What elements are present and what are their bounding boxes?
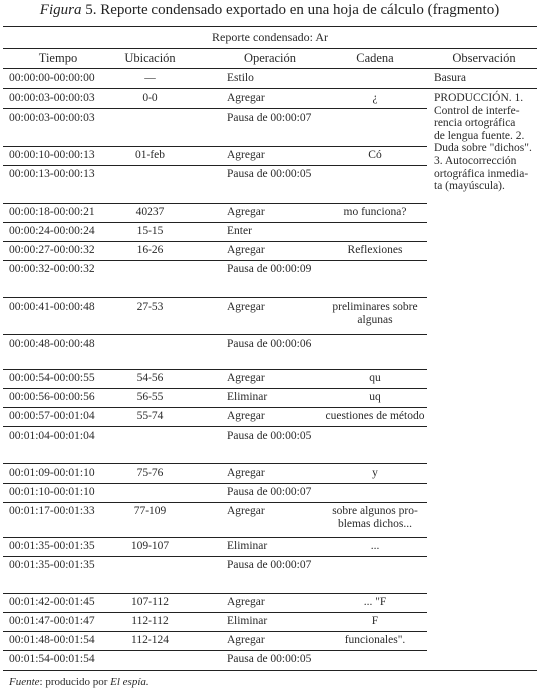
cell-ubicacion: 55-74 (120, 410, 180, 423)
cell-ubicacion: 107-112 (120, 596, 180, 609)
cell-tiempo: 00:01:54-00:01:54 (9, 653, 95, 666)
cell-ubicacion: 15-15 (120, 225, 180, 238)
cell-tiempo: 00:01:42-00:01:45 (9, 596, 95, 609)
cell-operacion: Agregar (227, 244, 265, 257)
cell-cadena: mo funciona? (320, 206, 430, 219)
row-rule (3, 88, 537, 89)
cell-tiempo: 00:00:00-00:00:00 (9, 72, 95, 85)
cell-tiempo: 00:00:24-00:00:24 (9, 225, 95, 238)
observacion-basura: Basura (434, 72, 538, 85)
cell-ubicacion: 112-112 (120, 615, 180, 628)
observacion-line: ortográfica inmedia- (434, 168, 538, 181)
observacion-line: de lengua fuente. 2. (434, 130, 538, 143)
footer-label: Fuente (9, 676, 40, 688)
row-rule (3, 483, 427, 484)
subtitle-rule (3, 48, 537, 49)
cell-ubicacion: 16-26 (120, 244, 180, 257)
cell-operacion: Eliminar (227, 615, 267, 628)
cell-tiempo: 00:01:04-00:01:04 (9, 430, 95, 443)
cell-tiempo: 00:00:10-00:00:13 (9, 149, 95, 162)
cell-tiempo: 00:00:41-00:00:48 (9, 301, 95, 314)
observacion-line: rencia ortográfica (434, 117, 538, 130)
cell-operacion: Agregar (227, 467, 265, 480)
cell-cadena: Reflexiones (320, 244, 430, 257)
cell-ubicacion: 77-109 (120, 505, 180, 518)
cell-cadena: uq (320, 391, 430, 404)
observacion-line: Duda sobre "dichos". (434, 142, 538, 155)
cell-operacion: Eliminar (227, 391, 267, 404)
cell-operacion: Eliminar (227, 540, 267, 553)
cell-ubicacion: 56-55 (120, 391, 180, 404)
cell-operacion: Agregar (227, 206, 265, 219)
row-rule (3, 222, 427, 223)
cell-operacion: Pausa de 00:00:07 (227, 486, 311, 499)
cell-operacion: Agregar (227, 301, 265, 314)
cell-operacion: Agregar (227, 410, 265, 423)
cell-cadena: qu (320, 372, 430, 385)
cell-cadena: cuestiones de método (320, 410, 430, 423)
cell-cadena: y (320, 467, 430, 480)
cell-operacion: Agregar (227, 372, 265, 385)
observacion-line: PRODUCCIÓN. 1. (434, 92, 538, 105)
top-rule (3, 26, 537, 27)
observacion-line: Control de interfe- (434, 105, 538, 118)
row-rule (3, 407, 427, 408)
cell-operacion: Estilo (227, 72, 254, 85)
cell-tiempo: 00:01:35-00:01:35 (9, 540, 95, 553)
cell-operacion: Pausa de 00:00:05 (227, 430, 311, 443)
cell-operacion: Pausa de 00:00:07 (227, 112, 311, 125)
cell-ubicacion: 01-feb (120, 149, 180, 162)
cell-ubicacion: 109-107 (120, 540, 180, 553)
cell-tiempo: 00:01:48-00:01:54 (9, 634, 95, 647)
table-subtitle: Reporte condensado: Ar (3, 30, 537, 45)
row-rule (3, 203, 427, 204)
cell-operacion: Enter (227, 225, 252, 238)
cell-tiempo: 00:00:56-00:00:56 (9, 391, 95, 404)
cell-cadena: F (320, 615, 430, 628)
cell-cadena: ¿ (320, 92, 430, 105)
cell-operacion: Agregar (227, 92, 265, 105)
cell-ubicacion: 40237 (120, 206, 180, 219)
cell-cadena: ... (320, 540, 430, 553)
row-rule (3, 426, 427, 427)
footer-source: El espía. (110, 676, 149, 688)
row-rule (3, 650, 427, 651)
cell-tiempo: 00:01:10-00:01:10 (9, 486, 95, 499)
row-rule (3, 670, 537, 671)
cell-tiempo: 00:00:03-00:00:03 (9, 112, 95, 125)
row-rule (3, 165, 427, 166)
cell-cadena: funcionales". (320, 634, 430, 647)
observacion-line: 3. Autocorrección (434, 155, 538, 168)
row-rule (3, 537, 427, 538)
header-operacion: Operación (225, 51, 315, 66)
row-rule (3, 631, 427, 632)
cell-ubicacion: 0-0 (120, 92, 180, 105)
cell-operacion: Agregar (227, 505, 265, 518)
cell-tiempo: 00:01:35-00:01:35 (9, 559, 95, 572)
cell-operacion: Pausa de 00:00:07 (227, 559, 311, 572)
row-rule (3, 334, 427, 335)
cell-tiempo: 00:00:54-00:00:55 (9, 372, 95, 385)
cell-tiempo: 00:00:03-00:00:03 (9, 92, 95, 105)
cell-tiempo: 00:00:57-00:01:04 (9, 410, 95, 423)
row-rule (3, 241, 427, 242)
cell-tiempo: 00:00:32-00:00:32 (9, 263, 95, 276)
figure-label: Figura (40, 2, 82, 18)
row-rule (3, 297, 427, 298)
header-tiempo: Tiempo (3, 51, 113, 66)
cell-ubicacion: 112-124 (120, 634, 180, 647)
cell-cadena: sobre algunos pro-blemas dichos... (320, 505, 430, 531)
cell-operacion: Pausa de 00:00:09 (227, 263, 311, 276)
cell-cadena: ... "F (320, 596, 430, 609)
row-rule (3, 556, 427, 557)
row-rule (3, 108, 427, 109)
header-cadena: Cadena (320, 51, 430, 66)
cell-tiempo: 00:01:09-00:01:10 (9, 467, 95, 480)
cell-tiempo: 00:00:13-00:00:13 (9, 168, 95, 181)
row-rule (3, 260, 427, 261)
figure-title: Reporte condensado exportado en una hoja… (100, 2, 499, 18)
cell-operacion: Pausa de 00:00:06 (227, 338, 311, 351)
cell-ubicacion: 27-53 (120, 301, 180, 314)
row-rule (3, 612, 427, 613)
cell-cadena: preliminares sobrealgunas (320, 301, 430, 327)
header-observacion: Observación (432, 51, 536, 66)
row-rule (3, 463, 427, 464)
cell-operacion: Agregar (227, 634, 265, 647)
cell-ubicacion: 54-56 (120, 372, 180, 385)
row-rule (3, 146, 427, 147)
cell-cadena: Có (320, 149, 430, 162)
header-rule (3, 68, 537, 69)
cell-operacion: Pausa de 00:00:05 (227, 168, 311, 181)
row-rule (3, 369, 427, 370)
cell-ubicacion: — (120, 72, 180, 85)
source-note: Fuente: producido por El espía. (9, 676, 149, 688)
cell-tiempo: 00:01:17-00:01:33 (9, 505, 95, 518)
footer-text: producido por (45, 676, 107, 688)
row-rule (3, 388, 427, 389)
cell-ubicacion: 75-76 (120, 467, 180, 480)
row-rule (3, 502, 427, 503)
cell-tiempo: 00:00:27-00:00:32 (9, 244, 95, 257)
observacion-block: PRODUCCIÓN. 1.Control de interfe-rencia … (434, 92, 538, 193)
header-ubicacion: Ubicación (118, 51, 182, 66)
cell-tiempo: 00:01:47-00:01:47 (9, 615, 95, 628)
figure-number: 5. (85, 2, 96, 18)
cell-operacion: Agregar (227, 149, 265, 162)
cell-tiempo: 00:00:48-00:00:48 (9, 338, 95, 351)
cell-operacion: Agregar (227, 596, 265, 609)
observacion-line: ta (mayúscula). (434, 180, 538, 193)
cell-operacion: Pausa de 00:00:05 (227, 653, 311, 666)
figure-caption: Figura 5. Reporte condensado exportado e… (0, 2, 539, 19)
row-rule (3, 593, 427, 594)
cell-tiempo: 00:00:18-00:00:21 (9, 206, 95, 219)
